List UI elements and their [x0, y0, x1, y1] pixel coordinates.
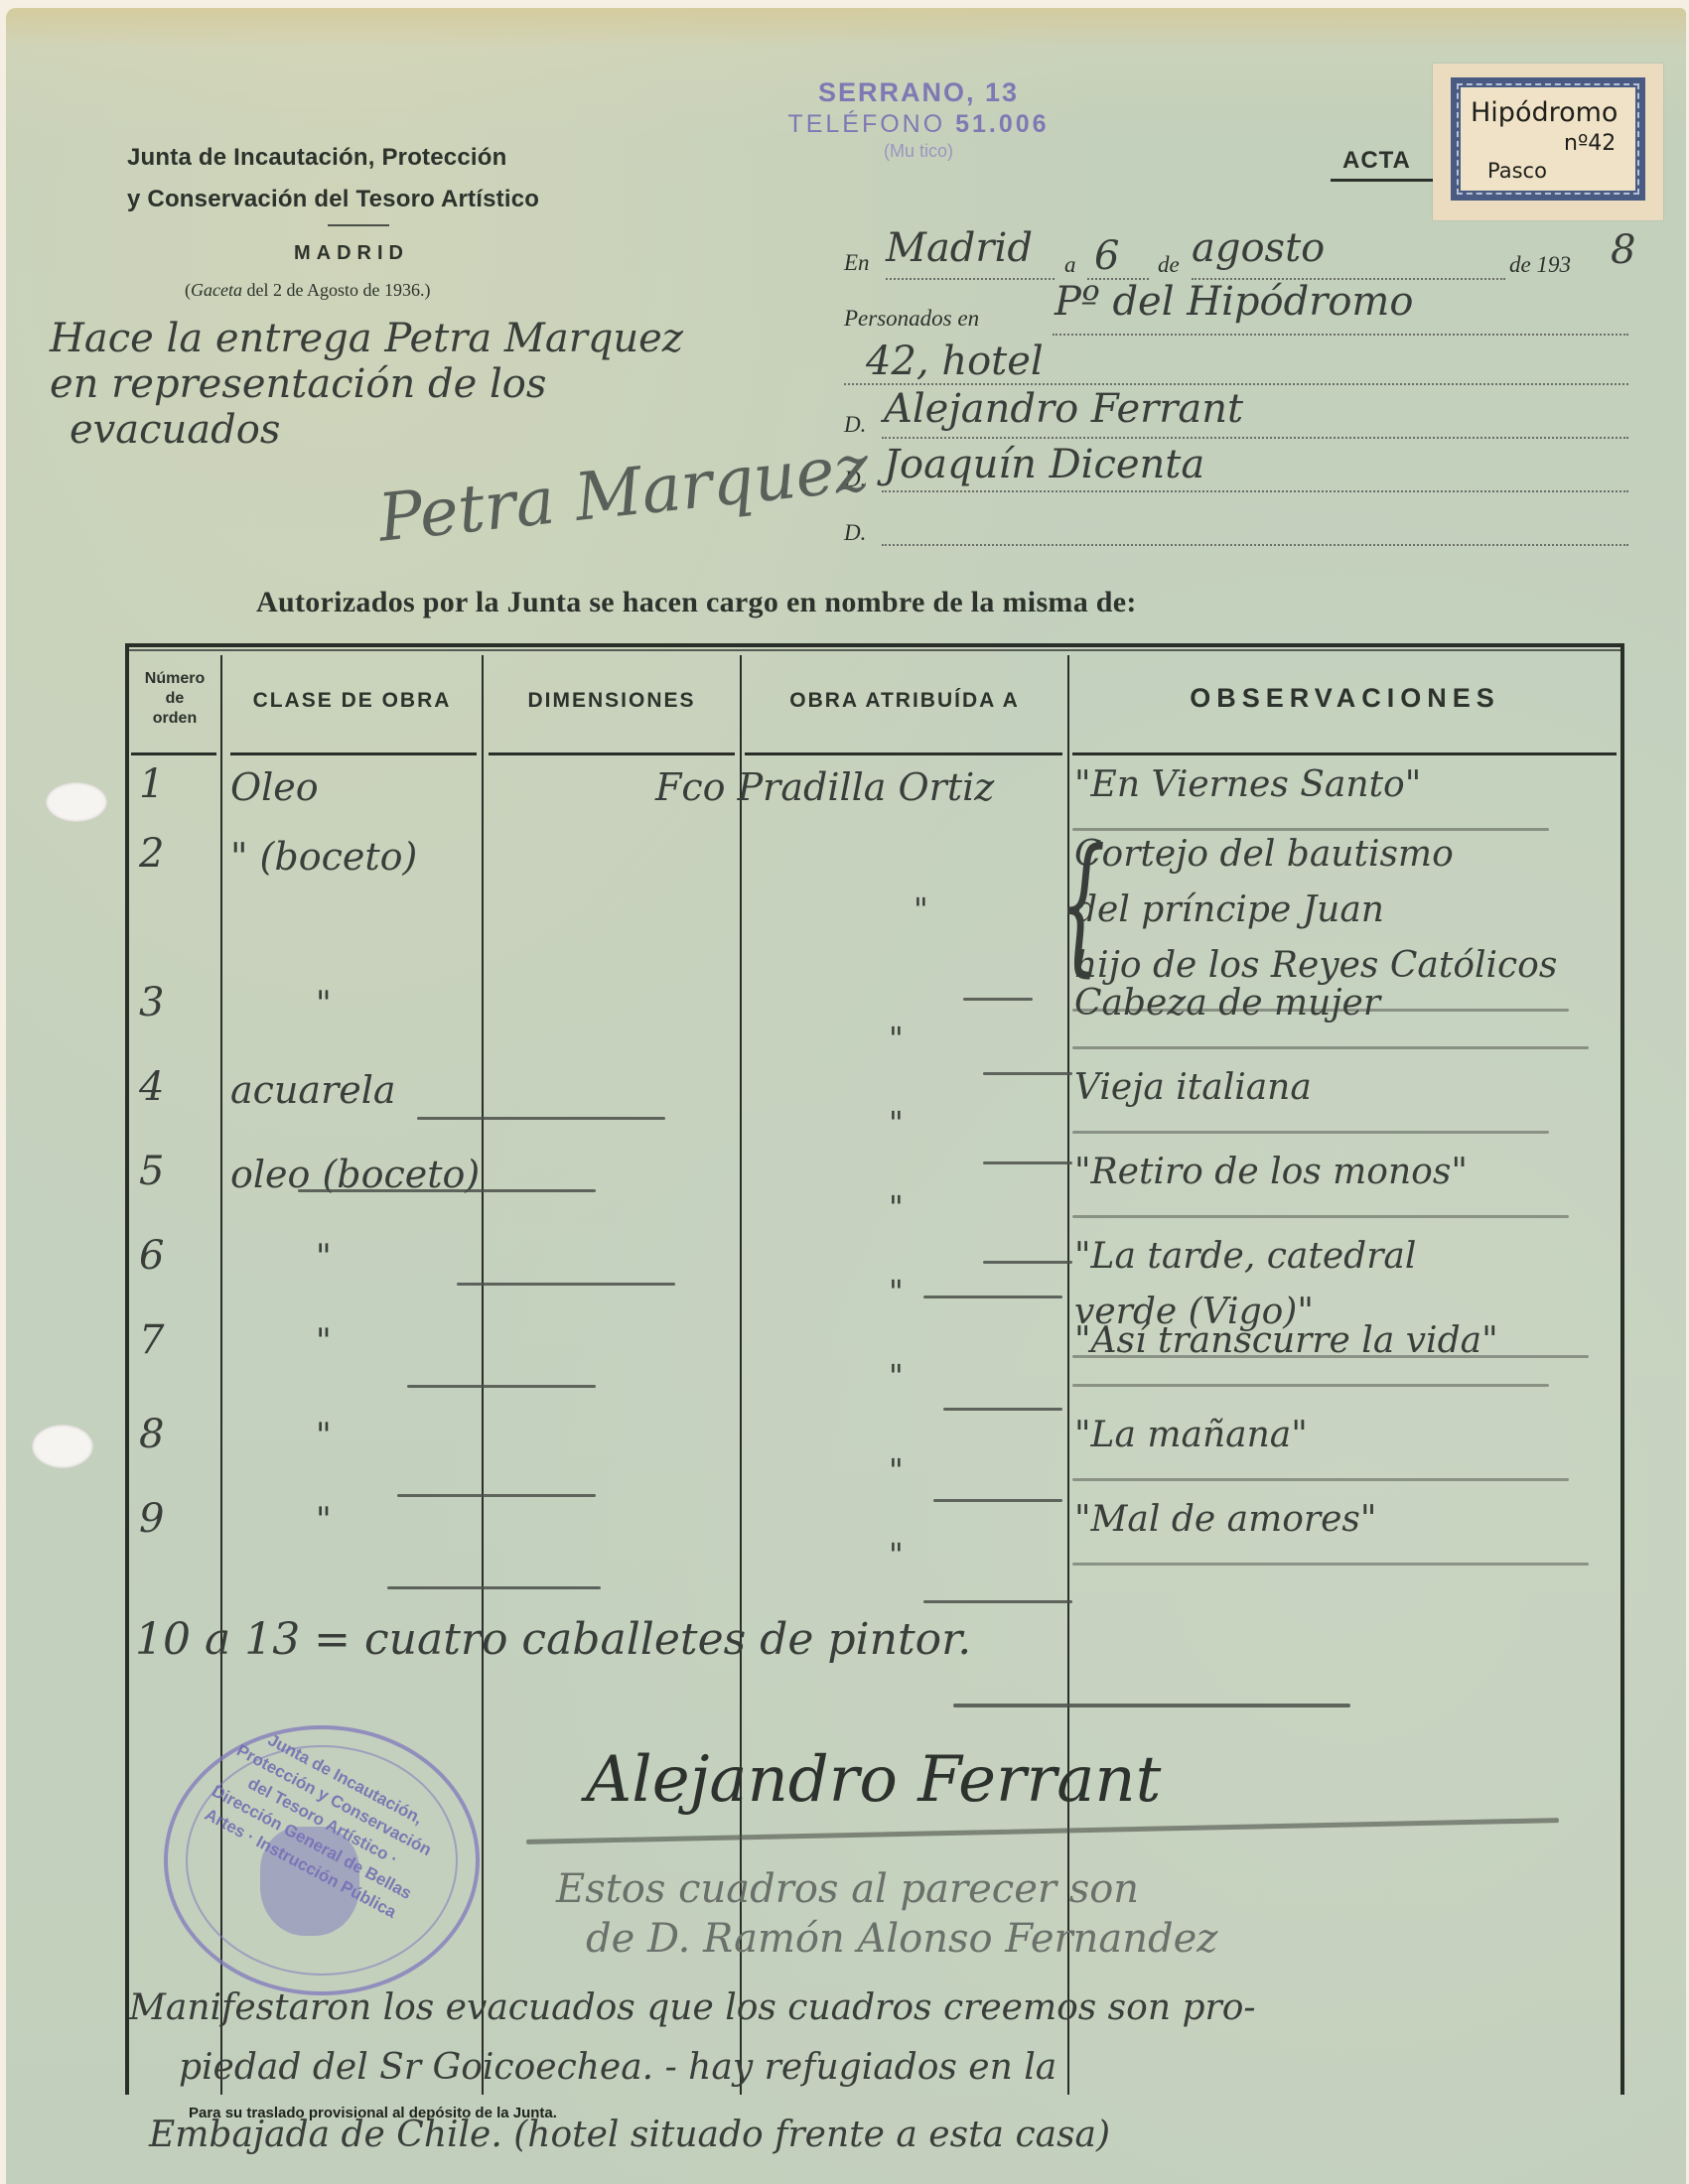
- dimension-blank-dash: [298, 1189, 596, 1192]
- dimension-blank-dash: [417, 1117, 665, 1120]
- handover-note-line-2: en representación de los: [50, 361, 864, 407]
- row-clase-de-obra: ": [316, 1419, 332, 1452]
- signature-alejandro-ferrant: Alejandro Ferrant: [586, 1743, 1161, 1817]
- person-dotted-line-2: [882, 490, 1628, 492]
- row-observaciones: hijo de los Reyes Católicos: [1074, 945, 1557, 986]
- note-bottom-line-2: de D. Ramón Alonso Fernandez: [586, 1916, 1217, 1962]
- attribution-blank-dash: [923, 1296, 1062, 1298]
- sticker-line-1: Hipódromo: [1471, 97, 1618, 128]
- observation-underline: [1072, 1384, 1549, 1387]
- row-obra-atribuida: ": [889, 1454, 904, 1486]
- attribution-blank-dash: [983, 1261, 1072, 1264]
- sticker-line-3: Pasco: [1487, 159, 1547, 183]
- attribution-blank-dash: [963, 998, 1033, 1001]
- address-label-sticker: Hipódromo nº42 Pasco: [1433, 64, 1663, 220]
- person-dotted-line-1: [882, 437, 1628, 439]
- observation-underline: [1072, 1046, 1589, 1049]
- org-line-1: Junta de Incautación, Protección: [127, 137, 539, 179]
- row-number: 8: [139, 1415, 164, 1454]
- authorization-statement: Autorizados por la Junta se hacen cargo …: [256, 586, 1137, 619]
- row-observaciones: del príncipe Juan: [1074, 889, 1384, 930]
- row-number: 5: [139, 1152, 164, 1191]
- row-clase-de-obra: ": [316, 1240, 332, 1274]
- row-number: 1: [139, 764, 164, 804]
- dimension-blank-dash: [387, 1586, 601, 1589]
- table-top-border: [125, 643, 1624, 647]
- header-rule-4: [745, 752, 1062, 755]
- row-observaciones: "La mañana": [1074, 1415, 1308, 1455]
- sticker-ornamental-border: [1451, 77, 1645, 201]
- org-line-2: y Conservación del Tesoro Artístico: [127, 179, 539, 220]
- location-line-2: 42, hotel: [866, 341, 1044, 381]
- address-stamp: SERRANO, 13 TELÉFONO 51.006 (Mu tico): [735, 77, 1102, 162]
- row-clase-de-obra: acuarela: [230, 1071, 396, 1109]
- row-observaciones: "Retiro de los monos": [1074, 1152, 1468, 1192]
- stamp-phone: TELÉFONO 51.006: [735, 110, 1102, 139]
- header-numero: Número de orden: [129, 669, 220, 729]
- acta-underline: [1331, 179, 1450, 182]
- row-number: 7: [139, 1320, 164, 1360]
- header-rule-5: [1072, 752, 1617, 755]
- attribution-blank-dash: [943, 1408, 1062, 1411]
- punch-hole-top: [46, 782, 107, 822]
- observation-underline: [1072, 1131, 1549, 1134]
- a-label: a: [1064, 252, 1076, 278]
- row-observaciones: Vieja italiana: [1074, 1067, 1312, 1108]
- table-top-border-inner: [125, 649, 1624, 651]
- row-obra-atribuida: ": [889, 1276, 904, 1307]
- row-number: 3: [139, 983, 164, 1023]
- observation-underline: [1072, 1215, 1569, 1218]
- row-clase-de-obra: Oleo: [230, 768, 319, 806]
- row-obra-atribuida: ": [889, 1539, 904, 1570]
- row-observaciones: Cabeza de mujer: [1074, 983, 1380, 1024]
- location-dotted-line-2: [844, 383, 1628, 385]
- footer-printed-note: Para su traslado provisional al depósito…: [189, 2105, 557, 2121]
- en-label: En: [844, 250, 870, 276]
- observation-underline: [1072, 1563, 1589, 1566]
- d-label-3: D.: [844, 520, 866, 546]
- attribution-blank-dash: [983, 1072, 1072, 1075]
- attribution-blank-dash: [983, 1161, 1072, 1164]
- row-obra-atribuida: ": [889, 1360, 904, 1392]
- row-clase-de-obra: oleo (boceto): [230, 1156, 480, 1193]
- place-dotted-line: [886, 278, 1055, 280]
- header-obra-atribuida: OBRA ATRIBUÍDA A: [742, 689, 1067, 713]
- attribution-blank-dash: [933, 1499, 1062, 1502]
- month-field: agosto: [1192, 228, 1325, 268]
- acta-label: ACTA: [1342, 147, 1411, 175]
- row-number: 2: [139, 834, 164, 874]
- row-observaciones: "En Viernes Santo": [1074, 764, 1421, 805]
- row-observaciones: "La tarde, catedral: [1074, 1236, 1416, 1277]
- dimension-blank-dash: [397, 1494, 596, 1497]
- header-rule-3: [489, 752, 735, 755]
- personados-label: Personados en: [844, 306, 979, 332]
- row-observaciones: "Así transcurre la vida": [1074, 1320, 1498, 1361]
- header-rule-2: [230, 752, 477, 755]
- de-label: de: [1158, 252, 1180, 278]
- observation-underline: [1072, 1478, 1569, 1481]
- punch-hole-bottom: [32, 1425, 93, 1468]
- person-1: Alejandro Ferrant: [884, 389, 1243, 429]
- organization-title: Junta de Incautación, Protección y Conse…: [127, 137, 539, 220]
- location-dotted-line-1: [1053, 334, 1628, 336]
- stamp-street: SERRANO, 13: [735, 77, 1102, 108]
- row-obra-atribuida: Fco Pradilla Ortiz: [655, 768, 994, 806]
- row-observaciones: "Mal de amores": [1074, 1499, 1376, 1540]
- stamp-subline: (Mu tico): [735, 141, 1102, 162]
- row-obra-atribuida: ": [889, 1107, 904, 1139]
- row-obra-atribuida: ": [914, 893, 928, 925]
- city-label: MADRID: [294, 242, 409, 265]
- row-clase-de-obra: " (boceto): [230, 838, 417, 876]
- header-dimensiones: DIMENSIONES: [484, 689, 740, 713]
- row-number: 6: [139, 1236, 164, 1276]
- place-field: Madrid: [886, 228, 1033, 268]
- row-clase-de-obra: ": [316, 987, 332, 1021]
- year-digit: 8: [1611, 230, 1635, 270]
- note-bottom-line-1: Estos cuadros al parecer son: [556, 1866, 1139, 1912]
- extra-items-line: 10 a 13 = cuatro caballetes de pintor.: [135, 1614, 971, 1665]
- row-observaciones: Cortejo del bautismo: [1074, 834, 1454, 875]
- gazette-reference: (Gaceta del 2 de Agosto de 1936.): [185, 280, 430, 301]
- col-divider-2: [482, 655, 484, 2095]
- header-observaciones: OBSERVACIONES: [1069, 683, 1620, 714]
- header-clase-de-obra: CLASE DE OBRA: [222, 689, 482, 713]
- row-obra-atribuida: ": [889, 1023, 904, 1054]
- sticker-line-2: nº42: [1564, 131, 1616, 156]
- row-number: 4: [139, 1067, 164, 1107]
- location-line-1: Pº del Hipódromo: [1055, 282, 1413, 322]
- table-left-border: [125, 643, 129, 2095]
- handover-note-line-1: Hace la entrega Petra Marquez: [50, 316, 864, 361]
- closing-rule: [953, 1704, 1350, 1707]
- note-bottom-line-4: piedad del Sr Goicoechea. - hay refugiad…: [179, 2047, 1056, 2088]
- day-field: 6: [1094, 236, 1119, 276]
- row-clase-de-obra: ": [316, 1503, 332, 1537]
- row-number: 9: [139, 1499, 164, 1539]
- brace-icon: {: [1058, 830, 1106, 979]
- observation-underline: [1072, 828, 1549, 831]
- handover-note: Hace la entrega Petra Marquez en represe…: [50, 316, 864, 453]
- table-right-border: [1620, 643, 1624, 2095]
- attribution-blank-dash: [923, 1600, 1072, 1603]
- row-clase-de-obra: ": [316, 1324, 332, 1358]
- dimension-blank-dash: [407, 1385, 596, 1388]
- year-label: de 193: [1509, 252, 1571, 278]
- person-2: Joaquín Dicenta: [884, 445, 1204, 484]
- person-dotted-line-3: [882, 544, 1628, 546]
- header-divider: [328, 224, 389, 226]
- row-obra-atribuida: ": [889, 1191, 904, 1223]
- header-rule-1: [131, 752, 216, 755]
- seal-coat-of-arms-icon: [260, 1827, 359, 1936]
- dimension-blank-dash: [457, 1283, 675, 1286]
- note-bottom-line-3: Manifestaron los evacuados que los cuadr…: [129, 1987, 1256, 2028]
